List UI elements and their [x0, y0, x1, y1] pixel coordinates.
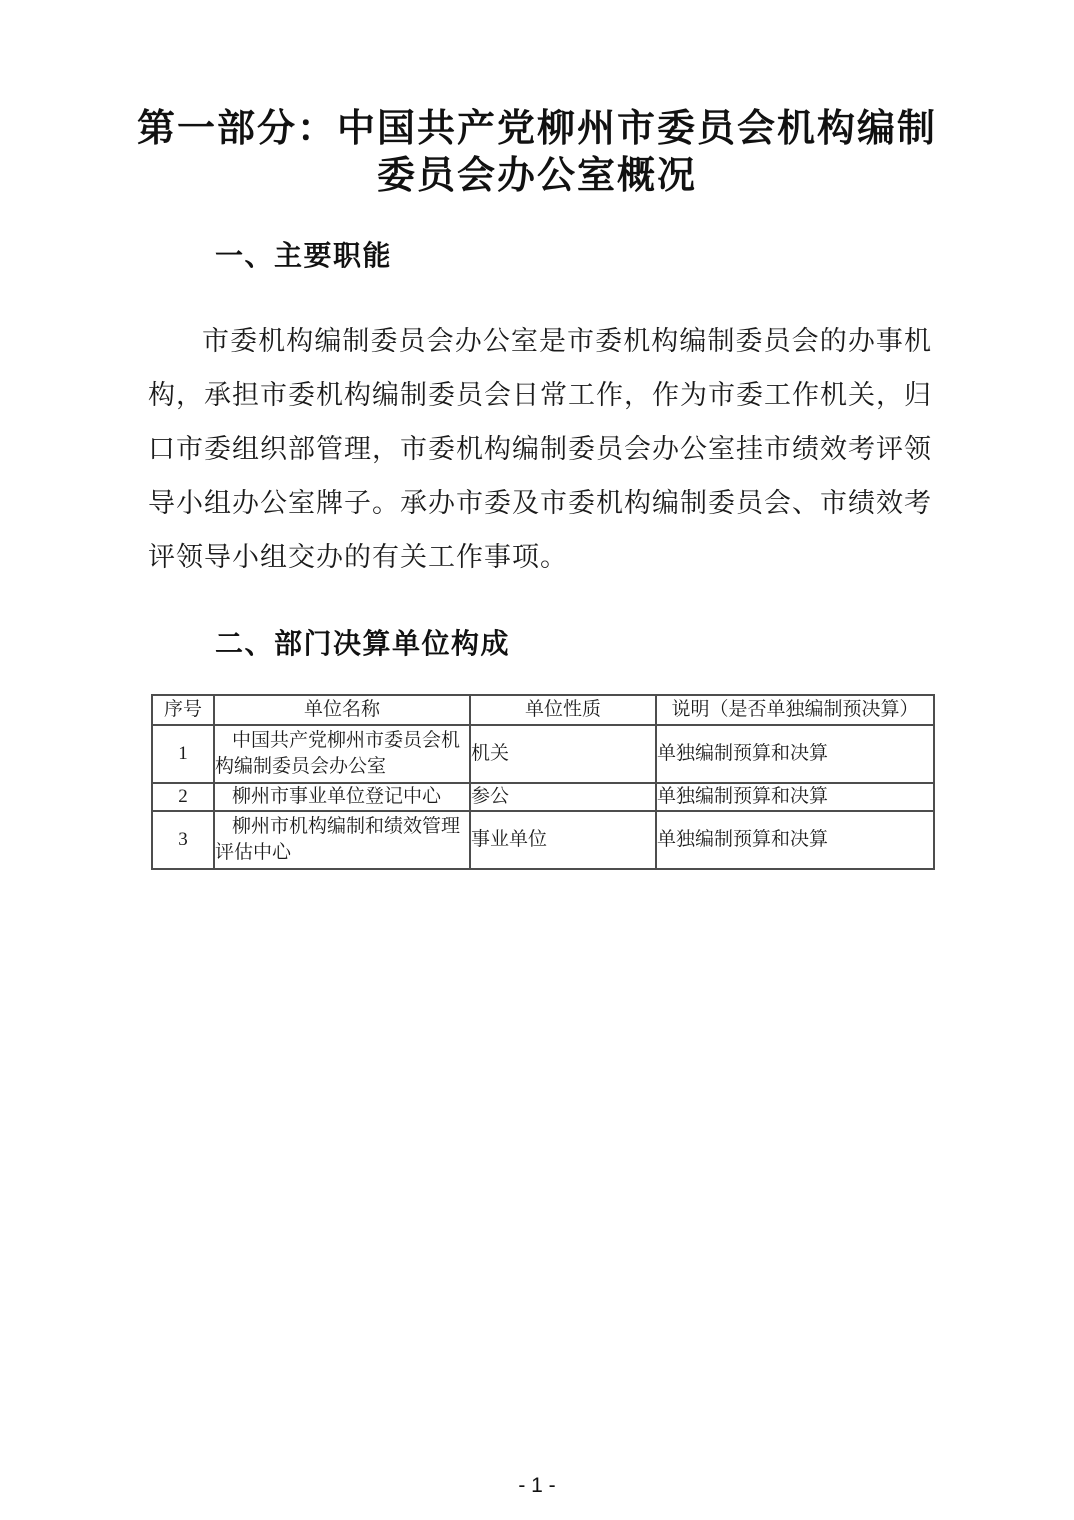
table-row: 1 中国共产党柳州市委员会机构编制委员会办公室 机关 单独编制预算和决算: [152, 725, 934, 783]
section-heading-unit-composition: 二、部门决算单位构成: [215, 628, 1074, 660]
cell-unit-name: 柳州市事业单位登记中心: [214, 783, 470, 811]
page-number: - 1 -: [0, 1474, 1074, 1498]
cell-unit-name: 中国共产党柳州市委员会机构编制委员会办公室: [214, 725, 470, 783]
col-header-unit-type: 单位性质: [470, 695, 656, 725]
table-row: 2 柳州市事业单位登记中心 参公 单独编制预算和决算: [152, 783, 934, 811]
units-table: 序号 单位名称 单位性质 说明（是否单独编制预决算） 1 中国共产党柳州市委员会…: [151, 694, 935, 870]
table-header-row: 序号 单位名称 单位性质 说明（是否单独编制预决算）: [152, 695, 934, 725]
document-title: 第一部分：中国共产党柳州市委员会机构编制委员会办公室概况: [127, 106, 947, 200]
cell-note: 单独编制预算和决算: [656, 783, 934, 811]
cell-serial-number: 1: [152, 725, 214, 783]
document-page: 第一部分：中国共产党柳州市委员会机构编制委员会办公室概况 一、主要职能 市委机构…: [0, 0, 1074, 1520]
cell-note: 单独编制预算和决算: [656, 811, 934, 869]
cell-serial-number: 3: [152, 811, 214, 869]
main-functions-paragraph: 市委机构编制委员会办公室是市委机构编制委员会的办事机构，承担市委机构编制委员会日…: [148, 314, 932, 584]
cell-unit-type: 机关: [470, 725, 656, 783]
cell-unit-name: 柳州市机构编制和绩效管理评估中心: [214, 811, 470, 869]
col-header-unit-name: 单位名称: [214, 695, 470, 725]
col-header-serial-number: 序号: [152, 695, 214, 725]
cell-unit-type: 参公: [470, 783, 656, 811]
section-heading-main-functions: 一、主要职能: [215, 240, 1074, 272]
cell-serial-number: 2: [152, 783, 214, 811]
cell-note: 单独编制预算和决算: [656, 725, 934, 783]
cell-unit-type: 事业单位: [470, 811, 656, 869]
col-header-note: 说明（是否单独编制预决算）: [656, 695, 934, 725]
table-row: 3 柳州市机构编制和绩效管理评估中心 事业单位 单独编制预算和决算: [152, 811, 934, 869]
